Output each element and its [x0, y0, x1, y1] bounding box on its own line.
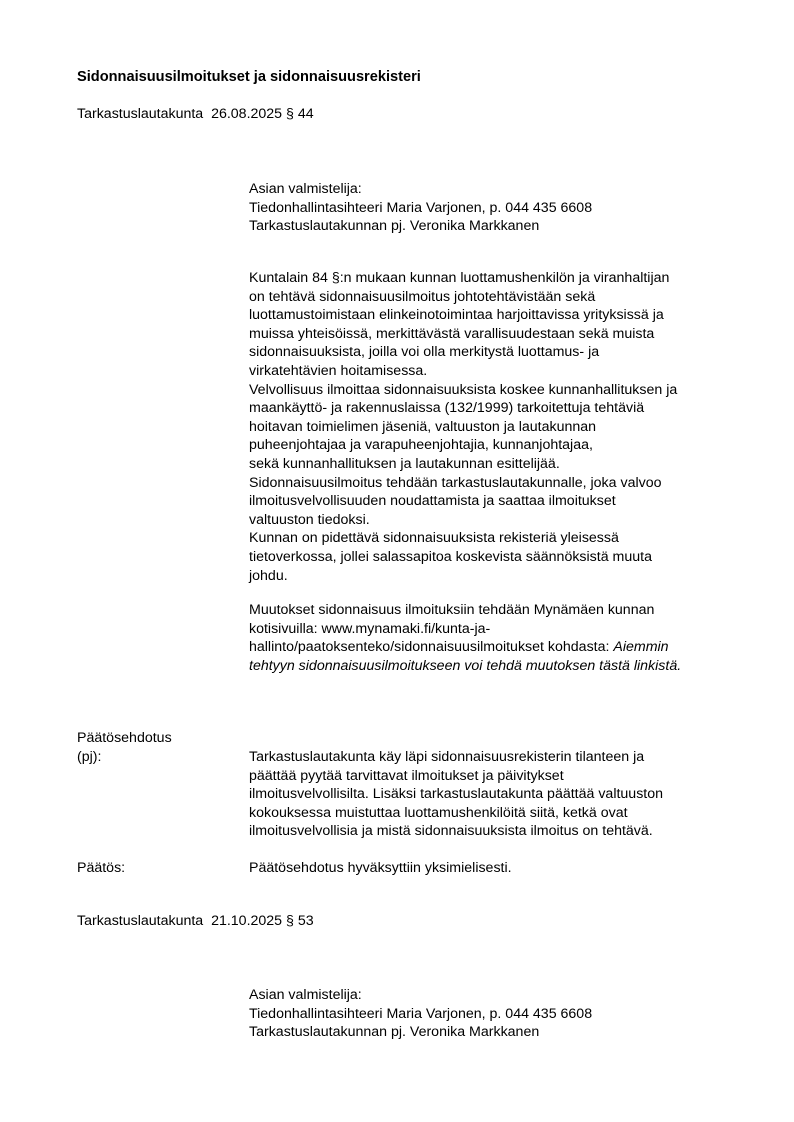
preparer-block-2: Asian valmistelija: Tiedonhallintasihtee…	[249, 986, 749, 1042]
body-line: ilmoitusvelvollisuuden noudattamista ja …	[249, 492, 749, 511]
body-line: virkatehtävien hoitamisessa.	[249, 362, 749, 381]
proposal-text: Tarkastuslautakunta käy läpi sidonnaisuu…	[249, 748, 749, 841]
preparer-line: Tiedonhallintasihteeri Maria Varjonen, p…	[249, 199, 749, 218]
changes-line: Muutokset sidonnaisuus ilmoituksiin tehd…	[249, 601, 749, 620]
body-line: puheenjohtajaa ja varapuheenjohtajia, ku…	[249, 436, 749, 455]
decision-text: Päätösehdotus hyväksyttiin yksimielisest…	[249, 859, 749, 878]
body-line: on tehtävä sidonnaisuusilmoitus johtoteh…	[249, 288, 749, 307]
preparer-line: Tarkastuslautakunnan pj. Veronika Markka…	[249, 1023, 749, 1042]
preparer-block-1: Asian valmistelija: Tiedonhallintasihtee…	[249, 180, 749, 236]
body-line: hoitavan toimielimen jäseniä, valtuuston…	[249, 418, 749, 437]
body-line: Sidonnaisuusilmoitus tehdään tarkastusla…	[249, 474, 749, 493]
proposal-line: kokouksessa muistuttaa luottamushenkilöi…	[249, 804, 749, 823]
proposal-line: ilmoitusvelvollisia ja mistä sidonnaisuu…	[249, 822, 749, 841]
decision-label: Päätös:	[77, 859, 125, 878]
body-line: luottamustoimistaan elinkeinotoimintaa h…	[249, 306, 749, 325]
proposal-label-line: Päätösehdotus	[77, 729, 172, 748]
preparer-label: Asian valmistelija:	[249, 180, 749, 199]
proposal-label-line: (pj):	[77, 748, 172, 767]
meeting-header-1: Tarkastuslautakunta 26.08.2025 § 44	[77, 106, 314, 122]
body-line: tietoverkossa, jollei salassapitoa koske…	[249, 548, 749, 567]
proposal-line: ilmoitusvelvollisilta. Lisäksi tarkastus…	[249, 785, 749, 804]
body-line: sidonnaisuuksista, joilla voi olla merki…	[249, 343, 749, 362]
preparer-line: Tiedonhallintasihteeri Maria Varjonen, p…	[249, 1005, 749, 1024]
background-text: Kuntalain 84 §:n mukaan kunnan luottamus…	[249, 269, 749, 585]
changes-link-text[interactable]: tehtyyn sidonnaisuusilmoitukseen voi teh…	[249, 657, 749, 676]
body-line: Kunnan on pidettävä sidonnaisuuksista re…	[249, 529, 749, 548]
decision-line: Päätösehdotus hyväksyttiin yksimielisest…	[249, 859, 749, 878]
proposal-line: päättää pyytää tarvittavat ilmoitukset j…	[249, 767, 749, 786]
preparer-label: Asian valmistelija:	[249, 986, 749, 1005]
meeting-header-2: Tarkastuslautakunta 21.10.2025 § 53	[77, 913, 314, 929]
proposal-label: Päätösehdotus (pj):	[77, 729, 172, 766]
body-line: muissa yhteisöissä, merkittävästä varall…	[249, 325, 749, 344]
changes-url-tail: hallinto/paatoksenteko/sidonnaisuusilmoi…	[249, 639, 613, 655]
body-line: maankäyttö- ja rakennuslaissa (132/1999)…	[249, 399, 749, 418]
body-line: Kuntalain 84 §:n mukaan kunnan luottamus…	[249, 269, 749, 288]
preparer-line: Tarkastuslautakunnan pj. Veronika Markka…	[249, 217, 749, 236]
changes-text: Muutokset sidonnaisuus ilmoituksiin tehd…	[249, 601, 749, 675]
document-title: Sidonnaisuusilmoitukset ja sidonnaisuusr…	[77, 69, 421, 85]
changes-line: kotisivuilla: www.mynamaki.fi/kunta-ja-	[249, 620, 749, 639]
body-line: sekä kunnanhallituksen ja lautakunnan es…	[249, 455, 749, 474]
body-line: Velvollisuus ilmoittaa sidonnaisuuksista…	[249, 381, 749, 400]
changes-line: hallinto/paatoksenteko/sidonnaisuusilmoi…	[249, 638, 749, 657]
proposal-line: Tarkastuslautakunta käy läpi sidonnaisuu…	[249, 748, 749, 767]
body-line: johdu.	[249, 567, 749, 586]
body-line: valtuuston tiedoksi.	[249, 511, 749, 530]
changes-link-text[interactable]: Aiemmin	[613, 639, 668, 655]
